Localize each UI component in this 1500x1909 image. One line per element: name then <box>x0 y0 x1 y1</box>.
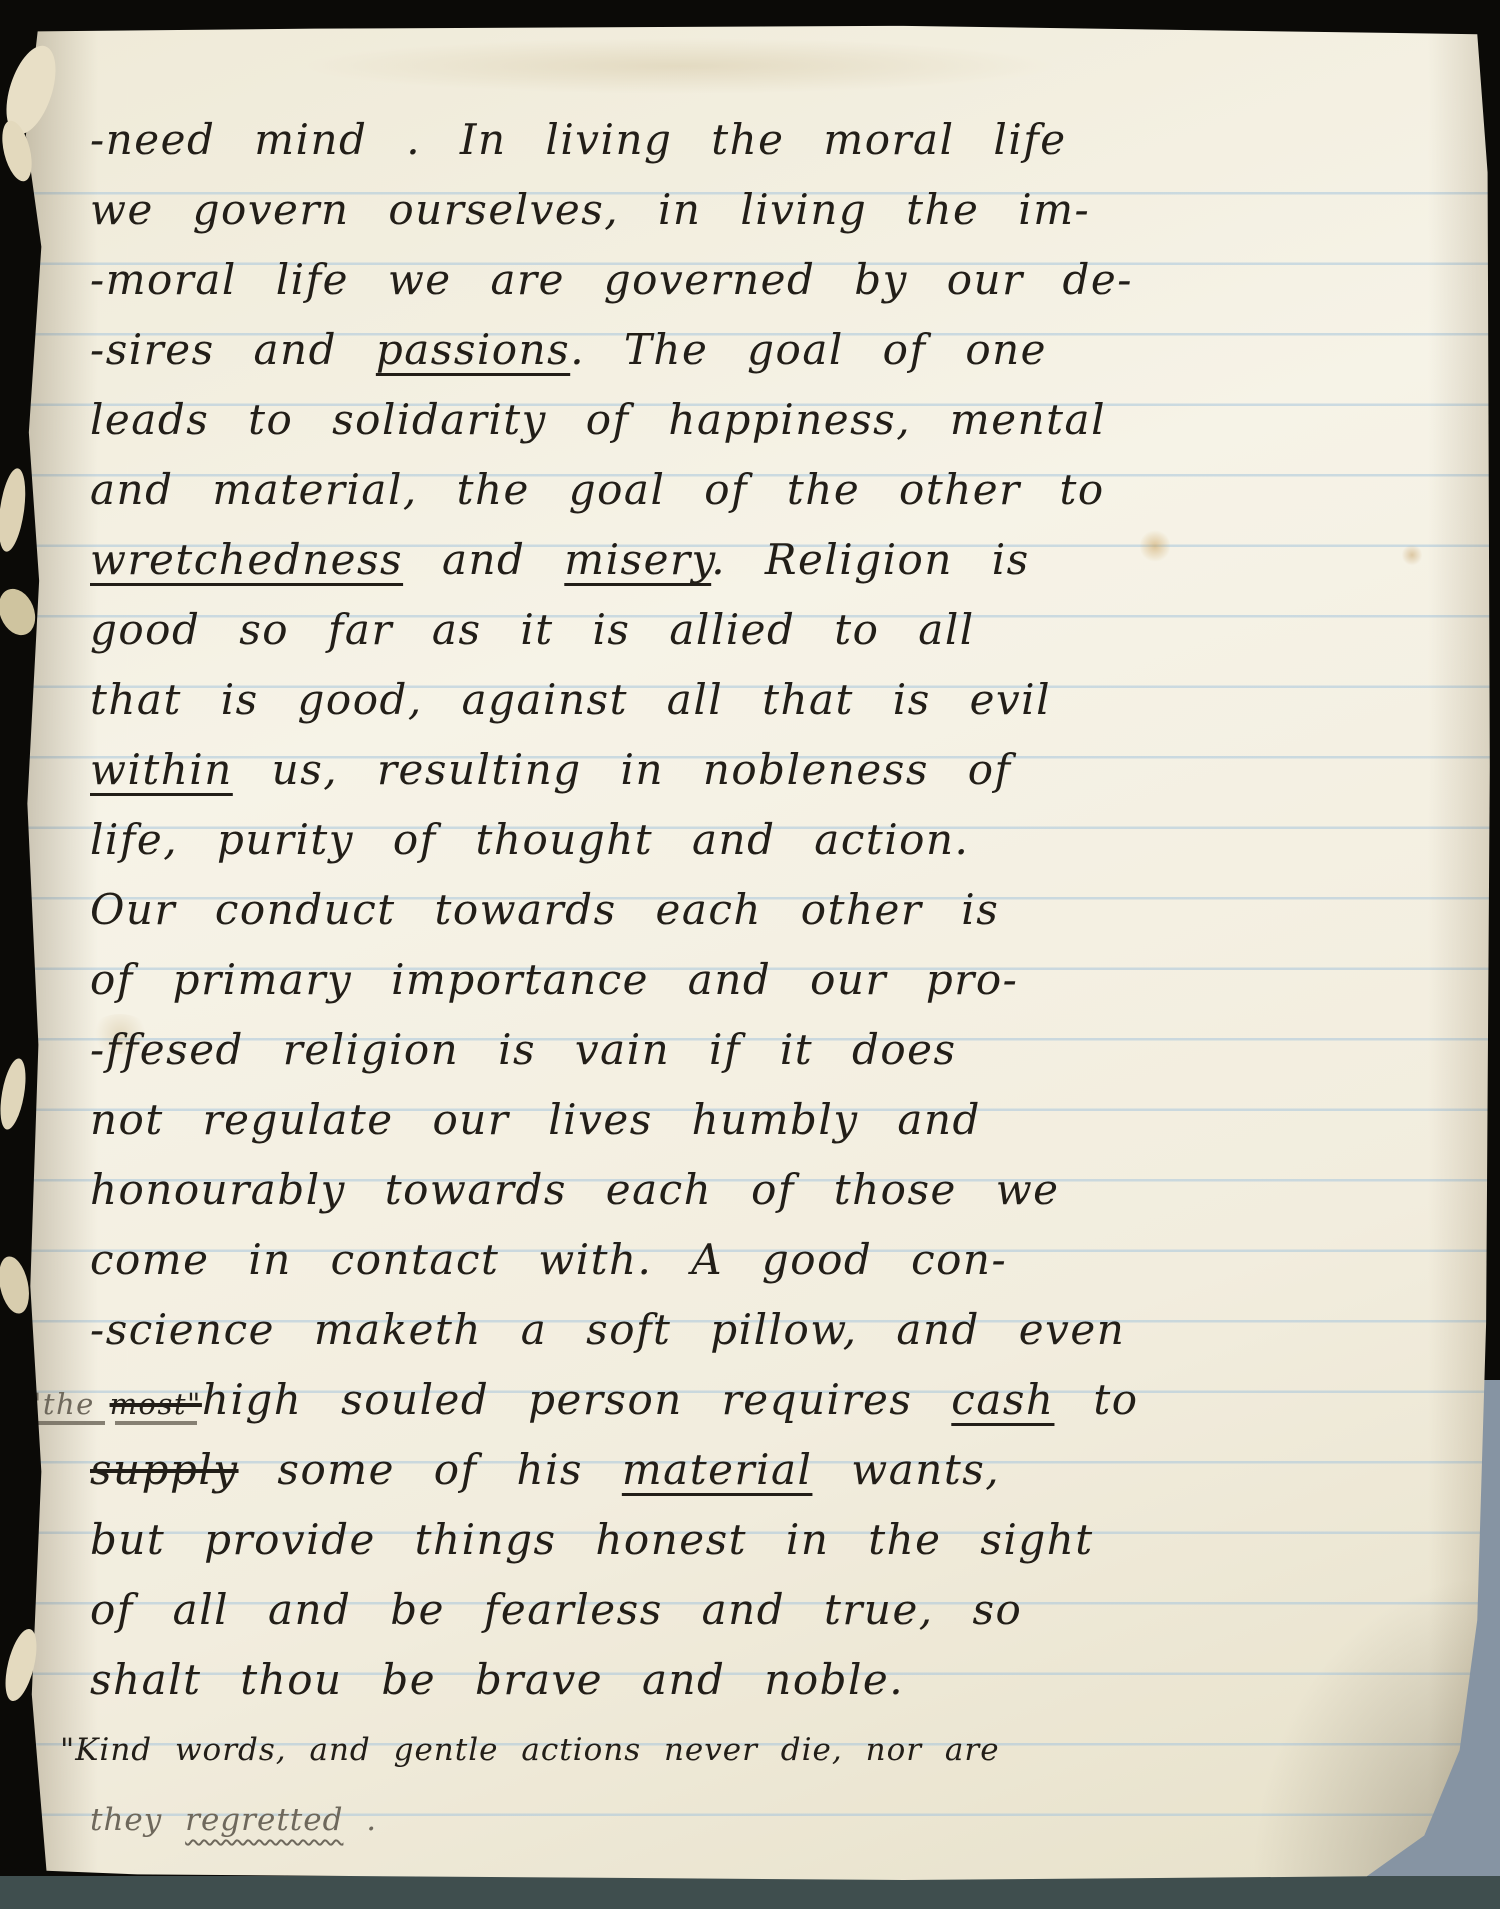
text-segment: not regulate our lives humbly and <box>90 1095 981 1144</box>
handwritten-line: but provide things honest in the sight <box>20 1505 1492 1575</box>
text-segment: high souled person requires <box>202 1375 951 1424</box>
handwritten-line: Our conduct towards each other is <box>20 875 1492 945</box>
text-segment: cash <box>951 1375 1054 1424</box>
handwritten-line: good so far as it is allied to all <box>20 595 1492 665</box>
text-segment: honourably towards each of those we <box>90 1165 1060 1214</box>
handwritten-line: shalt thou be brave and noble. <box>20 1645 1492 1715</box>
handwritten-line: -ffesed religion is vain if it does <box>20 1015 1492 1085</box>
text-segment: -science maketh a soft pillow, and even <box>90 1305 1125 1354</box>
text-segment: come in contact with. A good con- <box>90 1235 1007 1284</box>
text-segment: . Religion is <box>711 535 1030 584</box>
handwritten-line: life, purity of thought and action. <box>20 805 1492 875</box>
text-segment: of primary importance and our pro- <box>90 955 1018 1004</box>
binding-thread <box>0 583 42 640</box>
handwritten-line: come in contact with. A good con- <box>20 1225 1492 1295</box>
handwritten-line: of primary importance and our pro- <box>20 945 1492 1015</box>
margin-note: "the <box>28 1387 110 1421</box>
notebook-page: -need mind . In living the moral lifewe … <box>20 24 1492 1880</box>
text-segment: -ffesed religion is vain if it does <box>90 1025 957 1074</box>
handwritten-line: supply some of his material wants, <box>20 1435 1492 1505</box>
text-segment: within <box>90 745 233 794</box>
handwritten-line: -sires and passions. The goal of one <box>20 315 1492 385</box>
handwritten-line: that is good, against all that is evil <box>20 665 1492 735</box>
handwritten-line: not regulate our lives humbly and <box>20 1085 1492 1155</box>
handwritten-line: and material, the goal of the other to <box>20 455 1492 525</box>
handwritten-line: -science maketh a soft pillow, and even <box>20 1295 1492 1365</box>
text-segment: -moral life we are governed by our de- <box>90 255 1133 304</box>
handwritten-line: -need mind . In living the moral life <box>20 105 1492 175</box>
handwritten-line: honourably towards each of those we <box>20 1155 1492 1225</box>
text-segment: material <box>622 1445 813 1494</box>
margin-note: most" <box>110 1387 202 1421</box>
handwritten-line: -moral life we are governed by our de- <box>20 245 1492 315</box>
text-segment: . <box>343 1802 377 1838</box>
text-segment: wretchedness <box>90 535 403 584</box>
text-segment: and material, the goal of the other to <box>90 465 1105 514</box>
handwritten-line: "the most"high souled person requires ca… <box>20 1365 1492 1435</box>
text-segment: good so far as it is allied to all <box>90 605 975 654</box>
handwriting-block: -need mind . In living the moral lifewe … <box>20 105 1492 1855</box>
text-segment: that is good, against all that is evil <box>90 675 1051 724</box>
torn-edge-fragment <box>0 1057 30 1132</box>
text-segment: to <box>1054 1375 1138 1424</box>
handwritten-line: they regretted . <box>20 1785 1492 1855</box>
backdrop-table-edge <box>0 1876 1500 1909</box>
torn-edge-fragment <box>0 467 30 554</box>
text-segment: -sires and <box>90 325 376 374</box>
text-segment: . The goal of one <box>570 325 1047 374</box>
text-segment: life, purity of thought and action. <box>90 815 969 864</box>
text-segment: they <box>90 1802 185 1838</box>
text-segment: "Kind words, and gentle actions never di… <box>60 1732 1000 1768</box>
handwritten-line: of all and be fearless and true, so <box>20 1575 1492 1645</box>
handwritten-line: leads to solidarity of happiness, mental <box>20 385 1492 455</box>
handwritten-line: "Kind words, and gentle actions never di… <box>20 1715 1492 1785</box>
text-segment: passions <box>376 325 570 374</box>
text-segment: supply <box>90 1445 239 1494</box>
text-segment: we govern ourselves, in living the im- <box>90 185 1090 234</box>
ink-bleedthrough <box>300 38 1060 94</box>
text-segment: shalt thou be brave and noble. <box>90 1655 904 1704</box>
handwritten-line: within us, resulting in nobleness of <box>20 735 1492 805</box>
text-segment: of all and be fearless and true, so <box>90 1585 1022 1634</box>
text-segment: us, resulting in nobleness of <box>233 745 1012 794</box>
handwritten-line: wretchedness and misery. Religion is <box>20 525 1492 595</box>
text-segment: and <box>403 535 564 584</box>
torn-edge-fragment <box>0 1254 34 1317</box>
text-segment: misery <box>564 535 711 584</box>
text-segment: -need mind . In living the moral life <box>90 115 1067 164</box>
text-segment: but provide things honest in the sight <box>90 1515 1094 1564</box>
photo-backdrop: -need mind . In living the moral lifewe … <box>0 0 1500 1909</box>
text-segment: wants, <box>812 1445 1000 1494</box>
text-segment: leads to solidarity of happiness, mental <box>90 395 1106 444</box>
text-segment: Our conduct towards each other is <box>90 885 999 934</box>
text-segment: regretted <box>185 1802 343 1838</box>
text-segment: some of his <box>239 1445 622 1494</box>
handwritten-line: we govern ourselves, in living the im- <box>20 175 1492 245</box>
